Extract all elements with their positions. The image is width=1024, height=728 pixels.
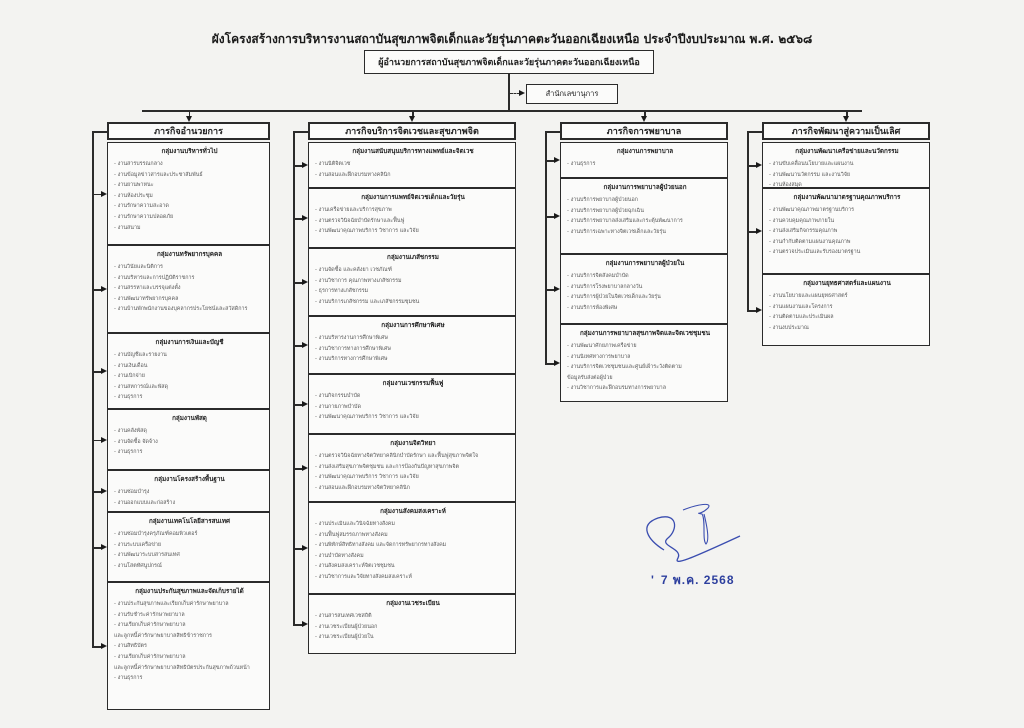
arrow-right-icon	[302, 401, 308, 407]
arrow-right-icon	[554, 213, 560, 219]
work-group-title: กลุ่มงานการพยาบาลผู้ป่วยนอก	[567, 182, 723, 192]
work-item: - งานธุรการ	[567, 159, 723, 170]
connector-branch	[545, 363, 554, 365]
work-item: - งานสนาม	[114, 223, 265, 234]
work-item: - งานจัดซื้อ จัดจ้าง	[114, 437, 265, 448]
arrow-right-icon	[554, 360, 560, 366]
work-item: - งานบัญชีและรายงาน	[114, 350, 265, 361]
work-group-title: กลุ่มงานยุทธศาสตร์และแผนงาน	[769, 278, 925, 288]
work-item: - งานบริการพยาบาลส่งเสริมและกระตุ้นพัฒนา…	[567, 216, 723, 227]
work-item: - งานบริการโรงพยาบาลกลางวัน	[567, 282, 723, 293]
work-item: - งานระบบเครือข่าย	[114, 540, 265, 551]
work-group-box: กลุ่มงานเวชกรรมฟื้นฟู- งานกิจกรรมบำบัด- …	[308, 374, 516, 434]
arrow-right-icon	[302, 545, 308, 551]
work-item: - งานบริการจิตสังคมบำบัด	[567, 271, 723, 282]
work-item: - ธุรการทางเภสัชกรรม	[315, 286, 511, 297]
work-group-box: กลุ่มงานประกันสุขภาพและจัดเก็บรายได้- งา…	[107, 582, 270, 710]
work-item: - งานส่งเสริมสุขภาพจิตชุมชน และการป้องกั…	[315, 462, 511, 473]
arrow-secretary	[519, 90, 525, 96]
work-item: - งานสรรหาและบรรจุแต่งตั้ง	[114, 283, 265, 294]
work-item: - งานสิทธิบัตร	[114, 641, 265, 652]
work-group-title: กลุ่มงานจิตวิทยา	[315, 438, 511, 448]
work-item: - งานธุรการ	[114, 447, 265, 458]
work-group-box: กลุ่มงานการแพทย์จิตเวชเด็กและวัยรุ่น- งา…	[308, 188, 516, 248]
work-item: - งานเรียกเก็บค่ารักษาพยาบาล	[114, 620, 265, 631]
work-item: - งานซ่อมบำรุง	[114, 487, 265, 498]
work-item: - งานพัฒนานวัตกรรม และงานวิจัย	[769, 170, 925, 181]
work-item: - งานห้องประชุม	[114, 191, 265, 202]
work-group-title: กลุ่มงานสนับสนุนบริการทางแพทย์และจิตเวช	[315, 146, 511, 156]
work-item: - งานยานพาหนะ	[114, 180, 265, 191]
work-item: - งานบริการผู้ป่วยในจิตเวชเด็กและวัยรุ่น	[567, 292, 723, 303]
work-item: - งานสอนและฝึกอบรมทางจิตวิทยาคลินิก	[315, 483, 511, 494]
work-item: - งานพัฒนาคุณภาพบริการ วิชาการ และวิจัย	[315, 412, 511, 423]
work-group-box: กลุ่มงานพัสดุ- งานคลังพัสดุ- งานจัดซื้อ …	[107, 409, 270, 470]
work-item: - งานพัฒนาคุณภาพบริการ วิชาการ และวิจัย	[315, 472, 511, 483]
work-item: - งานบริการพยาบาลผู้ป่วยฉุกเฉิน	[567, 206, 723, 217]
work-group-title: กลุ่มงานการพยาบาล	[567, 146, 723, 156]
connector-column-bus	[747, 131, 749, 310]
connector-branch	[293, 624, 302, 626]
work-item: - งานบำบัดทางสังคม	[315, 551, 511, 562]
mission-title: ภารกิจการพยาบาล	[607, 124, 681, 138]
arrow-right-icon	[101, 191, 107, 197]
connector-branch	[747, 310, 756, 312]
work-group-title: กลุ่มงานประกันสุขภาพและจัดเก็บรายได้	[114, 586, 265, 596]
work-item: - งานสังคมสงเคราะห์จิตเวชชุมชน	[315, 561, 511, 572]
work-item: - งานควบคุมคุณภาพภายใน	[769, 216, 925, 227]
work-item: และลูกหนี้ค่ารักษาพยาบาลสิทธิบัตรประกันส…	[114, 663, 265, 674]
work-group-title: กลุ่มงานการพยาบาลสุขภาพจิตและจิตเวชชุมชน	[567, 328, 723, 338]
work-item: - งานออกแบบและก่อสร้าง	[114, 498, 265, 509]
chart-title: ผังโครงสร้างการบริหารงานสถาบันสุขภาพจิตเ…	[0, 30, 1024, 49]
work-item: - งานตรวจวินิจฉัยทางจิตวิทยาคลินิกบำบัดร…	[315, 451, 511, 462]
work-item: - งานกำกับติดตามแผนงานคุณภาพ	[769, 237, 925, 248]
arrow-right-icon	[101, 488, 107, 494]
work-item: - งานวิชาการและวิจัยทางสังคมสงเคราะห์	[315, 572, 511, 583]
work-item: - งานบริการพยาบาลผู้ป่วยนอก	[567, 195, 723, 206]
work-group-title: กลุ่มงานพัฒนาเครือข่ายและนวัตกรรม	[769, 146, 925, 156]
work-group-title: กลุ่มงานบริหารทั่วไป	[114, 146, 265, 156]
work-group-title: กลุ่มงานการแพทย์จิตเวชเด็กและวัยรุ่น	[315, 192, 511, 202]
arrow-right-icon	[554, 157, 560, 163]
work-item: - งานสารสนเทศเวชสถิติ	[315, 611, 511, 622]
work-group-title: กลุ่มงานทรัพยากรบุคคล	[114, 249, 265, 259]
mission-header: ภารกิจอำนวยการ	[107, 122, 270, 140]
signature	[628, 500, 788, 570]
connector-column-bus	[545, 131, 547, 363]
mission-title: ภารกิจพัฒนาสู่ความเป็นเลิศ	[792, 124, 901, 138]
arrow-right-icon	[101, 368, 107, 374]
connector-head-link	[92, 131, 107, 133]
date-tick: '	[651, 573, 655, 587]
mission-header: ภารกิจพัฒนาสู่ความเป็นเลิศ	[762, 122, 930, 140]
work-group-box: กลุ่มงานทรัพยากรบุคคล- งานวินัยและนิติกา…	[107, 245, 270, 333]
work-item: - งานบ้านพักพนักงานของบุคลากรประโยชน์และ…	[114, 304, 265, 315]
connector-column-bus	[92, 131, 94, 646]
work-item: - งานบริการเภสัชกรรม และเภสัชกรรมชุมชน	[315, 297, 511, 308]
work-item: - งานนิติจิตเวช	[315, 159, 511, 170]
work-item: - งานพัฒนาคุณภาพบริการ วิชาการ และวิจัย	[315, 226, 511, 237]
work-item: - งานติดตามและประเมินผล	[769, 312, 925, 323]
work-group-title: กลุ่มงานเวชระเบียน	[315, 598, 511, 608]
work-item: - งานวิชาการทางการศึกษาพิเศษ	[315, 344, 511, 355]
connector-branch	[92, 646, 101, 648]
work-item: - งานเวชระเบียนผู้ป่วยใน	[315, 632, 511, 643]
work-group-box: กลุ่มงานเทคโนโลยีสารสนเทศ- งานซ่อมบำรุงค…	[107, 512, 270, 582]
work-item: - งานตรวจวินิจฉัยบำบัดรักษาและฟื้นฟู	[315, 216, 511, 227]
work-group-box: กลุ่มงานพัฒนามาตรฐานคุณภาพบริการ- งานพัฒ…	[762, 188, 930, 274]
work-item: - งานเรียกเก็บค่ารักษาพยาบาล	[114, 652, 265, 663]
work-item: - งานส่งเสริมกิจกรรมคุณภาพ	[769, 226, 925, 237]
work-group-box: กลุ่มงานการพยาบาลผู้ป่วยใน- งานบริการจิต…	[560, 254, 728, 324]
work-item: - งานกิจกรรมบำบัด	[315, 391, 511, 402]
work-item: - งานพัฒนาศักยภาพเครือข่าย	[567, 341, 723, 352]
mission-title: ภารกิจบริการจิตเวชและสุขภาพจิต	[345, 124, 479, 138]
work-item: - งานข้อมูลข่าวสารและประชาสัมพันธ์	[114, 170, 265, 181]
work-group-box: กลุ่มงานการพยาบาล- งานธุรการ	[560, 142, 728, 178]
connector-head-link	[747, 131, 762, 133]
work-item: - งานคลังพัสดุ	[114, 426, 265, 437]
work-item: - งานประกันสุขภาพและเรียกเก็บค่ารักษาพยา…	[114, 599, 265, 610]
work-item: - งานเครือข่ายและบริการสุขภาพ	[315, 205, 511, 216]
arrow-right-icon	[756, 228, 762, 234]
secretary-label: สำนักเลขานุการ	[546, 88, 599, 100]
work-item: - งานขับเคลื่อนนโยบายและแผนงาน	[769, 159, 925, 170]
signature-date: '7 พ.ค. 2568	[651, 571, 735, 590]
work-item: - งานรักษาความสะอาด	[114, 201, 265, 212]
arrow-right-icon	[101, 286, 107, 292]
work-item: - งานตรวจประเมินและรับรองมาตรฐาน	[769, 247, 925, 258]
work-item: - งานวิชาการและฝึกอบรมทางการพยาบาล	[567, 383, 723, 394]
mission-header: ภารกิจบริการจิตเวชและสุขภาพจิต	[308, 122, 516, 140]
work-group-title: กลุ่มงานโครงสร้างพื้นฐาน	[114, 474, 265, 484]
arrow-right-icon	[302, 162, 308, 168]
work-item: - งานธุรการ	[114, 673, 265, 684]
work-item: - งานรับชำระค่ารักษาพยาบาล	[114, 610, 265, 621]
connector-head-link	[545, 131, 560, 133]
connector-column-bus	[293, 131, 295, 624]
work-group-box: กลุ่มงานสนับสนุนบริการทางแพทย์และจิตเวช-…	[308, 142, 516, 188]
work-item: - งานจัดซื้อ และคลังยา เวชภัณฑ์	[315, 265, 511, 276]
work-group-title: กลุ่มงานเวชกรรมฟื้นฟู	[315, 378, 511, 388]
work-item: - งานบริการจิตเวชชุมชนและศูนย์เฝ้าระวังต…	[567, 362, 723, 373]
work-item: - งานฟื้นฟูสมรรถภาพทางสังคม	[315, 530, 511, 541]
work-item: - งานพัฒนาระบบสารสนเทศ	[114, 550, 265, 561]
work-group-title: กลุ่มงานเภสัชกรรม	[315, 252, 511, 262]
work-item: - งานบริการห้องพิเศษ	[567, 303, 723, 314]
work-group-title: กลุ่มงานสังคมสงเคราะห์	[315, 506, 511, 516]
arrow-right-icon	[302, 279, 308, 285]
director-label: ผู้อำนวยการสถาบันสุขภาพจิตเด็กและวัยรุ่น…	[378, 55, 640, 69]
arrow-right-icon	[302, 621, 308, 627]
work-item: - งานรักษาความปลอดภัย	[114, 212, 265, 223]
work-item: - งานเงินเดือน	[114, 361, 265, 372]
work-item: - งานพัฒนาคุณภาพมาตรฐานบริการ	[769, 205, 925, 216]
arrow-right-icon	[302, 465, 308, 471]
work-item: - งานเวชระเบียนผู้ป่วยนอก	[315, 622, 511, 633]
secretary-box: สำนักเลขานุการ	[526, 84, 618, 104]
arrow-right-icon	[554, 286, 560, 292]
work-item: - งานสารบรรณกลาง	[114, 159, 265, 170]
work-group-title: กลุ่มงานเทคโนโลยีสารสนเทศ	[114, 516, 265, 526]
work-item: - งานพัฒนาทรัพยากรบุคคล	[114, 294, 265, 305]
work-item: - งานบริหารงานการศึกษาพิเศษ	[315, 333, 511, 344]
work-group-title: กลุ่มงานการพยาบาลผู้ป่วยใน	[567, 258, 723, 268]
arrow-right-icon	[302, 342, 308, 348]
work-item: - งานแผนงานและโครงการ	[769, 302, 925, 313]
work-item: - งานสอนและฝึกอบรมทางคลินิก	[315, 170, 511, 181]
connector-head-link	[293, 131, 308, 133]
work-group-box: กลุ่มงานการพยาบาลผู้ป่วยนอก- งานบริการพย…	[560, 178, 728, 254]
work-item: - งานโสตทัศนูปกรณ์	[114, 561, 265, 572]
arrow-right-icon	[756, 162, 762, 168]
work-group-box: กลุ่มงานสังคมสงเคราะห์- งานประเมินและวิน…	[308, 502, 516, 594]
work-item: - งานพิทักษ์สิทธิทางสังคม และจัดการทรัพย…	[315, 540, 511, 551]
work-item: - งานนโยบายและแผนยุทธศาสตร์	[769, 291, 925, 302]
work-item: - งานบริการทางการศึกษาพิเศษ	[315, 354, 511, 365]
work-group-title: กลุ่มงานการศึกษาพิเศษ	[315, 320, 511, 330]
mission-title: ภารกิจอำนวยการ	[154, 124, 223, 138]
work-item: - งานสหการณ์และพัสดุ	[114, 382, 265, 393]
work-item: - งานวิชาการ คุณภาพทางเภสัชกรรม	[315, 276, 511, 287]
arrow-right-icon	[101, 643, 107, 649]
work-group-box: กลุ่มงานเภสัชกรรม- งานจัดซื้อ และคลังยา …	[308, 248, 516, 316]
work-item: - งานบริหารและการปฏิบัติราชการ	[114, 273, 265, 284]
work-group-box: กลุ่มงานการพยาบาลสุขภาพจิตและจิตเวชชุมชน…	[560, 324, 728, 402]
work-group-box: กลุ่มงานยุทธศาสตร์และแผนงาน- งานนโยบายแล…	[762, 274, 930, 346]
work-item: และลูกหนี้ค่ารักษาพยาบาลสิทธิข้าราชการ	[114, 631, 265, 642]
work-group-title: กลุ่มงานพัฒนามาตรฐานคุณภาพบริการ	[769, 192, 925, 202]
mission-header: ภารกิจการพยาบาล	[560, 122, 728, 140]
work-group-title: กลุ่มงานพัสดุ	[114, 413, 265, 423]
work-group-box: กลุ่มงานการศึกษาพิเศษ- งานบริหารงานการศึ…	[308, 316, 516, 374]
date-text: 7 พ.ค. 2568	[661, 573, 735, 587]
work-item: - งานประเมินและวินิจฉัยทางสังคม	[315, 519, 511, 530]
work-item: ข้อมูลรับส่งต่อผู้ป่วย	[567, 373, 723, 384]
arrow-right-icon	[302, 215, 308, 221]
work-group-title: กลุ่มงานการเงินและบัญชี	[114, 337, 265, 347]
work-group-box: กลุ่มงานเวชระเบียน- งานสารสนเทศเวชสถิติ-…	[308, 594, 516, 654]
work-item: - งานงบประมาณ	[769, 323, 925, 334]
work-item: - งานนิเทศทางการพยาบาล	[567, 352, 723, 363]
work-item: - งานซ่อมบำรุงครุภัณฑ์คอมพิวเตอร์	[114, 529, 265, 540]
arrow-right-icon	[101, 544, 107, 550]
director-box: ผู้อำนวยการสถาบันสุขภาพจิตเด็กและวัยรุ่น…	[364, 50, 654, 74]
work-item: - งานธุรการ	[114, 392, 265, 403]
work-group-box: กลุ่มงานจิตวิทยา- งานตรวจวินิจฉัยทางจิตว…	[308, 434, 516, 502]
work-item: - งานวินัยและนิติการ	[114, 262, 265, 273]
work-item: - งานเบิกจ่าย	[114, 371, 265, 382]
connector-horizontal-bus	[142, 110, 862, 112]
work-item: - งานกายภาพบำบัด	[315, 402, 511, 413]
work-group-box: กลุ่มงานการเงินและบัญชี- งานบัญชีและรายง…	[107, 333, 270, 409]
connector-director-trunk	[508, 74, 510, 110]
arrow-right-icon	[756, 307, 762, 313]
work-group-box: กลุ่มงานโครงสร้างพื้นฐาน- งานซ่อมบำรุง- …	[107, 470, 270, 512]
arrow-right-icon	[101, 437, 107, 443]
work-group-box: กลุ่มงานพัฒนาเครือข่ายและนวัตกรรม- งานขั…	[762, 142, 930, 188]
work-group-box: กลุ่มงานบริหารทั่วไป- งานสารบรรณกลาง- งา…	[107, 142, 270, 245]
work-item: - งานบริการเฉพาะทางจิตเวชเด็กและวัยรุ่น	[567, 227, 723, 238]
